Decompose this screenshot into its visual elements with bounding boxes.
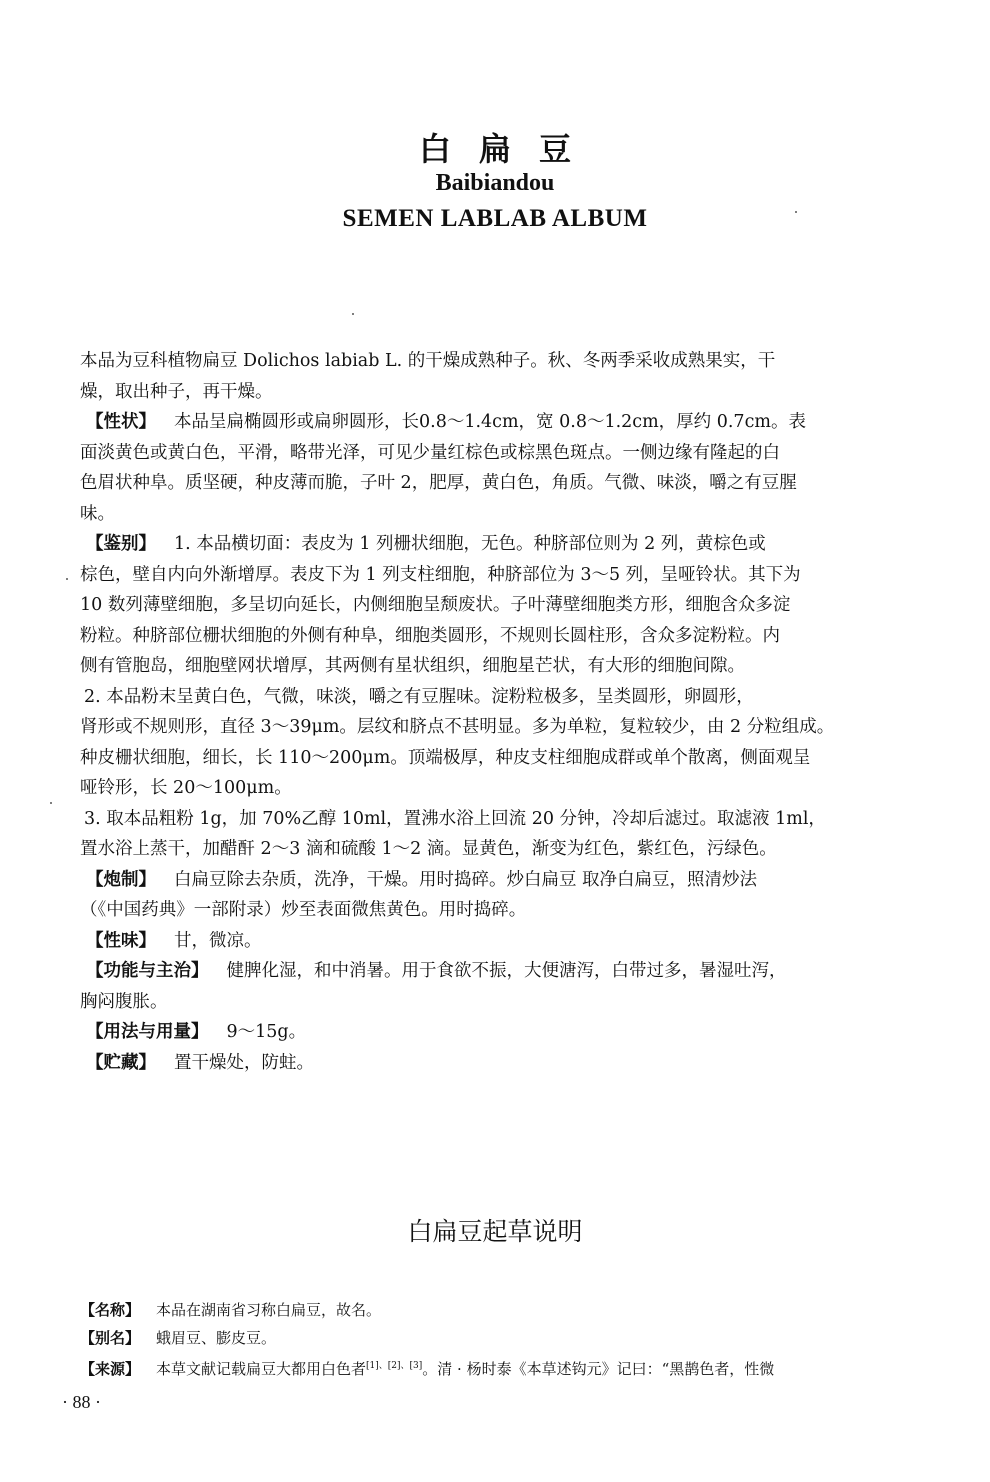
note-source: 【来源】本草文献记载扁豆大都用白色者[1]、[2]、[3]。清 · 杨时泰《本草… (80, 1352, 920, 1380)
scan-speck (66, 578, 68, 580)
section-processing: 【炮制】白扁豆除去杂质，洗净，干燥。用时捣碎。炒白扁豆 取净白扁豆，照清炒法 (80, 865, 920, 896)
section-term: 【性状】 (86, 412, 156, 432)
section-line: 面淡黄色或黄白色，平滑，略带光泽，可见少量红棕色或棕黑色斑点。一侧边缘有隆起的白 (80, 438, 920, 469)
note-name: 【名称】本品在湖南省习称白扁豆，故名。 (80, 1296, 920, 1324)
section-line: 置水浴上蒸干，加醋酐 2～3 滴和硫酸 1～2 滴。显黄色，渐变为红色，紫红色，… (80, 834, 920, 865)
identification-item-3: 3. 取本品粗粉 1g，加 70%乙醇 10ml，置沸水浴上回流 20 分钟，冷… (80, 804, 920, 835)
section-line: 种皮栅状细胞，细长，长 110～200μm。顶端极厚，种皮支柱细胞成群或单个散离… (80, 743, 920, 774)
section-line: 粉粒。种脐部位栅状细胞的外侧有种阜，细胞类圆形，不规则长圆柱形，含众多淀粉粒。内 (80, 621, 920, 652)
title-chinese: 白扁豆 (0, 124, 990, 170)
intro-line: 燥，取出种子，再干燥。 (80, 377, 920, 408)
document-page: 白扁豆 Baibiandou SEMEN LABLAB ALBUM 本品为豆科植… (0, 0, 990, 1482)
scan-speck (352, 313, 354, 315)
section-identification: 【鉴别】1. 本品横切面：表皮为 1 列栅状细胞，无色。种脐部位则为 2 列，黄… (80, 529, 920, 560)
section-functions-indications: 【功能与主治】健脾化湿，和中消暑。用于食欲不振，大便溏泻，白带过多，暑湿吐泻， (80, 956, 920, 987)
section-term: 【炮制】 (86, 870, 156, 890)
section-term: 【性味】 (86, 931, 156, 951)
title-pinyin: Baibiandou (0, 170, 990, 197)
identification-item-2: 2. 本品粉末呈黄白色，气微，味淡，嚼之有豆腥味。淀粉粒极多，呈类圆形，卵圆形， (80, 682, 920, 713)
note-text: 本品在湖南省习称白扁豆，故名。 (156, 1301, 381, 1319)
section-usage-dosage: 【用法与用量】9～15g。 (80, 1017, 920, 1048)
section-text: 健脾化湿，和中消暑。用于食欲不振，大便溏泻，白带过多，暑湿吐泻， (227, 961, 787, 981)
note-term: 【别名】 (80, 1329, 140, 1347)
note-text: 本草文献记载扁豆大都用白色者 (156, 1360, 366, 1378)
section-line: （《中国药典》一部附录）炒至表面微焦黄色。用时捣碎。 (80, 895, 920, 926)
intro-line: 本品为豆科植物扁豆 Dolichos labiab L. 的干燥成熟种子。秋、冬… (80, 346, 920, 377)
section-text: 本品呈扁椭圆形或扁卵圆形，长0.8～1.4cm，宽 0.8～1.2cm，厚约 0… (174, 412, 806, 432)
section-line: 味。 (80, 499, 920, 530)
section-storage: 【贮藏】置干燥处，防蛀。 (80, 1048, 920, 1079)
section-line: 棕色，壁自内向外渐增厚。表皮下为 1 列支柱细胞，种脐部位为 3～5 列，呈哑铃… (80, 560, 920, 591)
note-text: 蛾眉豆、膨皮豆。 (156, 1329, 276, 1347)
section-text: 1. 本品横切面：表皮为 1 列栅状细胞，无色。种脐部位则为 2 列，黄棕色或 (174, 534, 766, 554)
monograph-body: 本品为豆科植物扁豆 Dolichos labiab L. 的干燥成熟种子。秋、冬… (80, 346, 920, 1078)
section-line: 色眉状种阜。质坚硬，种皮薄而脆，子叶 2，肥厚，黄白色，角质。气微、味淡，嚼之有… (80, 468, 920, 499)
section-line: 胸闷腹胀。 (80, 987, 920, 1018)
note-term: 【来源】 (80, 1360, 140, 1378)
section-properties: 【性状】本品呈扁椭圆形或扁卵圆形，长0.8～1.4cm，宽 0.8～1.2cm，… (80, 407, 920, 438)
section-term: 【功能与主治】 (86, 961, 209, 981)
note-term: 【名称】 (80, 1301, 140, 1319)
note-alias: 【别名】蛾眉豆、膨皮豆。 (80, 1324, 920, 1352)
section-line: 侧有管胞岛，细胞壁网状增厚，其两侧有星状组织，细胞星芒状，有大形的细胞间隙。 (80, 651, 920, 682)
drafting-notes-title: 白扁豆起草说明 (0, 1212, 990, 1248)
section-line: 哑铃形，长 20～100μm。 (80, 773, 920, 804)
drafting-notes: 【名称】本品在湖南省习称白扁豆，故名。 【别名】蛾眉豆、膨皮豆。 【来源】本草文… (80, 1296, 920, 1380)
title-latin: SEMEN LABLAB ALBUM (0, 205, 990, 233)
section-term: 【用法与用量】 (86, 1022, 209, 1042)
section-line: 10 数列薄壁细胞，多呈切向延长，内侧细胞呈颓废状。子叶薄壁细胞类方形，细胞含众… (80, 590, 920, 621)
section-text: 9～15g。 (227, 1022, 307, 1042)
citation-reference: [1]、[2]、[3] (366, 1361, 422, 1371)
section-nature-taste: 【性味】甘，微凉。 (80, 926, 920, 957)
section-line: 肾形或不规则形，直径 3～39μm。层纹和脐点不甚明显。多为单粒，复粒较少，由 … (80, 712, 920, 743)
section-text: 甘，微凉。 (174, 931, 262, 951)
page-number: · 88 · (62, 1392, 101, 1413)
section-text: 白扁豆除去杂质，洗净，干燥。用时捣碎。炒白扁豆 取净白扁豆，照清炒法 (174, 870, 757, 890)
scan-speck (50, 802, 52, 804)
section-term: 【贮藏】 (86, 1053, 156, 1073)
scan-speck (795, 211, 797, 213)
scan-speck (684, 976, 686, 978)
section-text: 置干燥处，防蛀。 (174, 1053, 314, 1073)
section-term: 【鉴别】 (86, 534, 156, 554)
note-text: 。清 · 杨时泰《本草述钩元》记曰：“黑鹊色者，性微 (422, 1360, 774, 1378)
